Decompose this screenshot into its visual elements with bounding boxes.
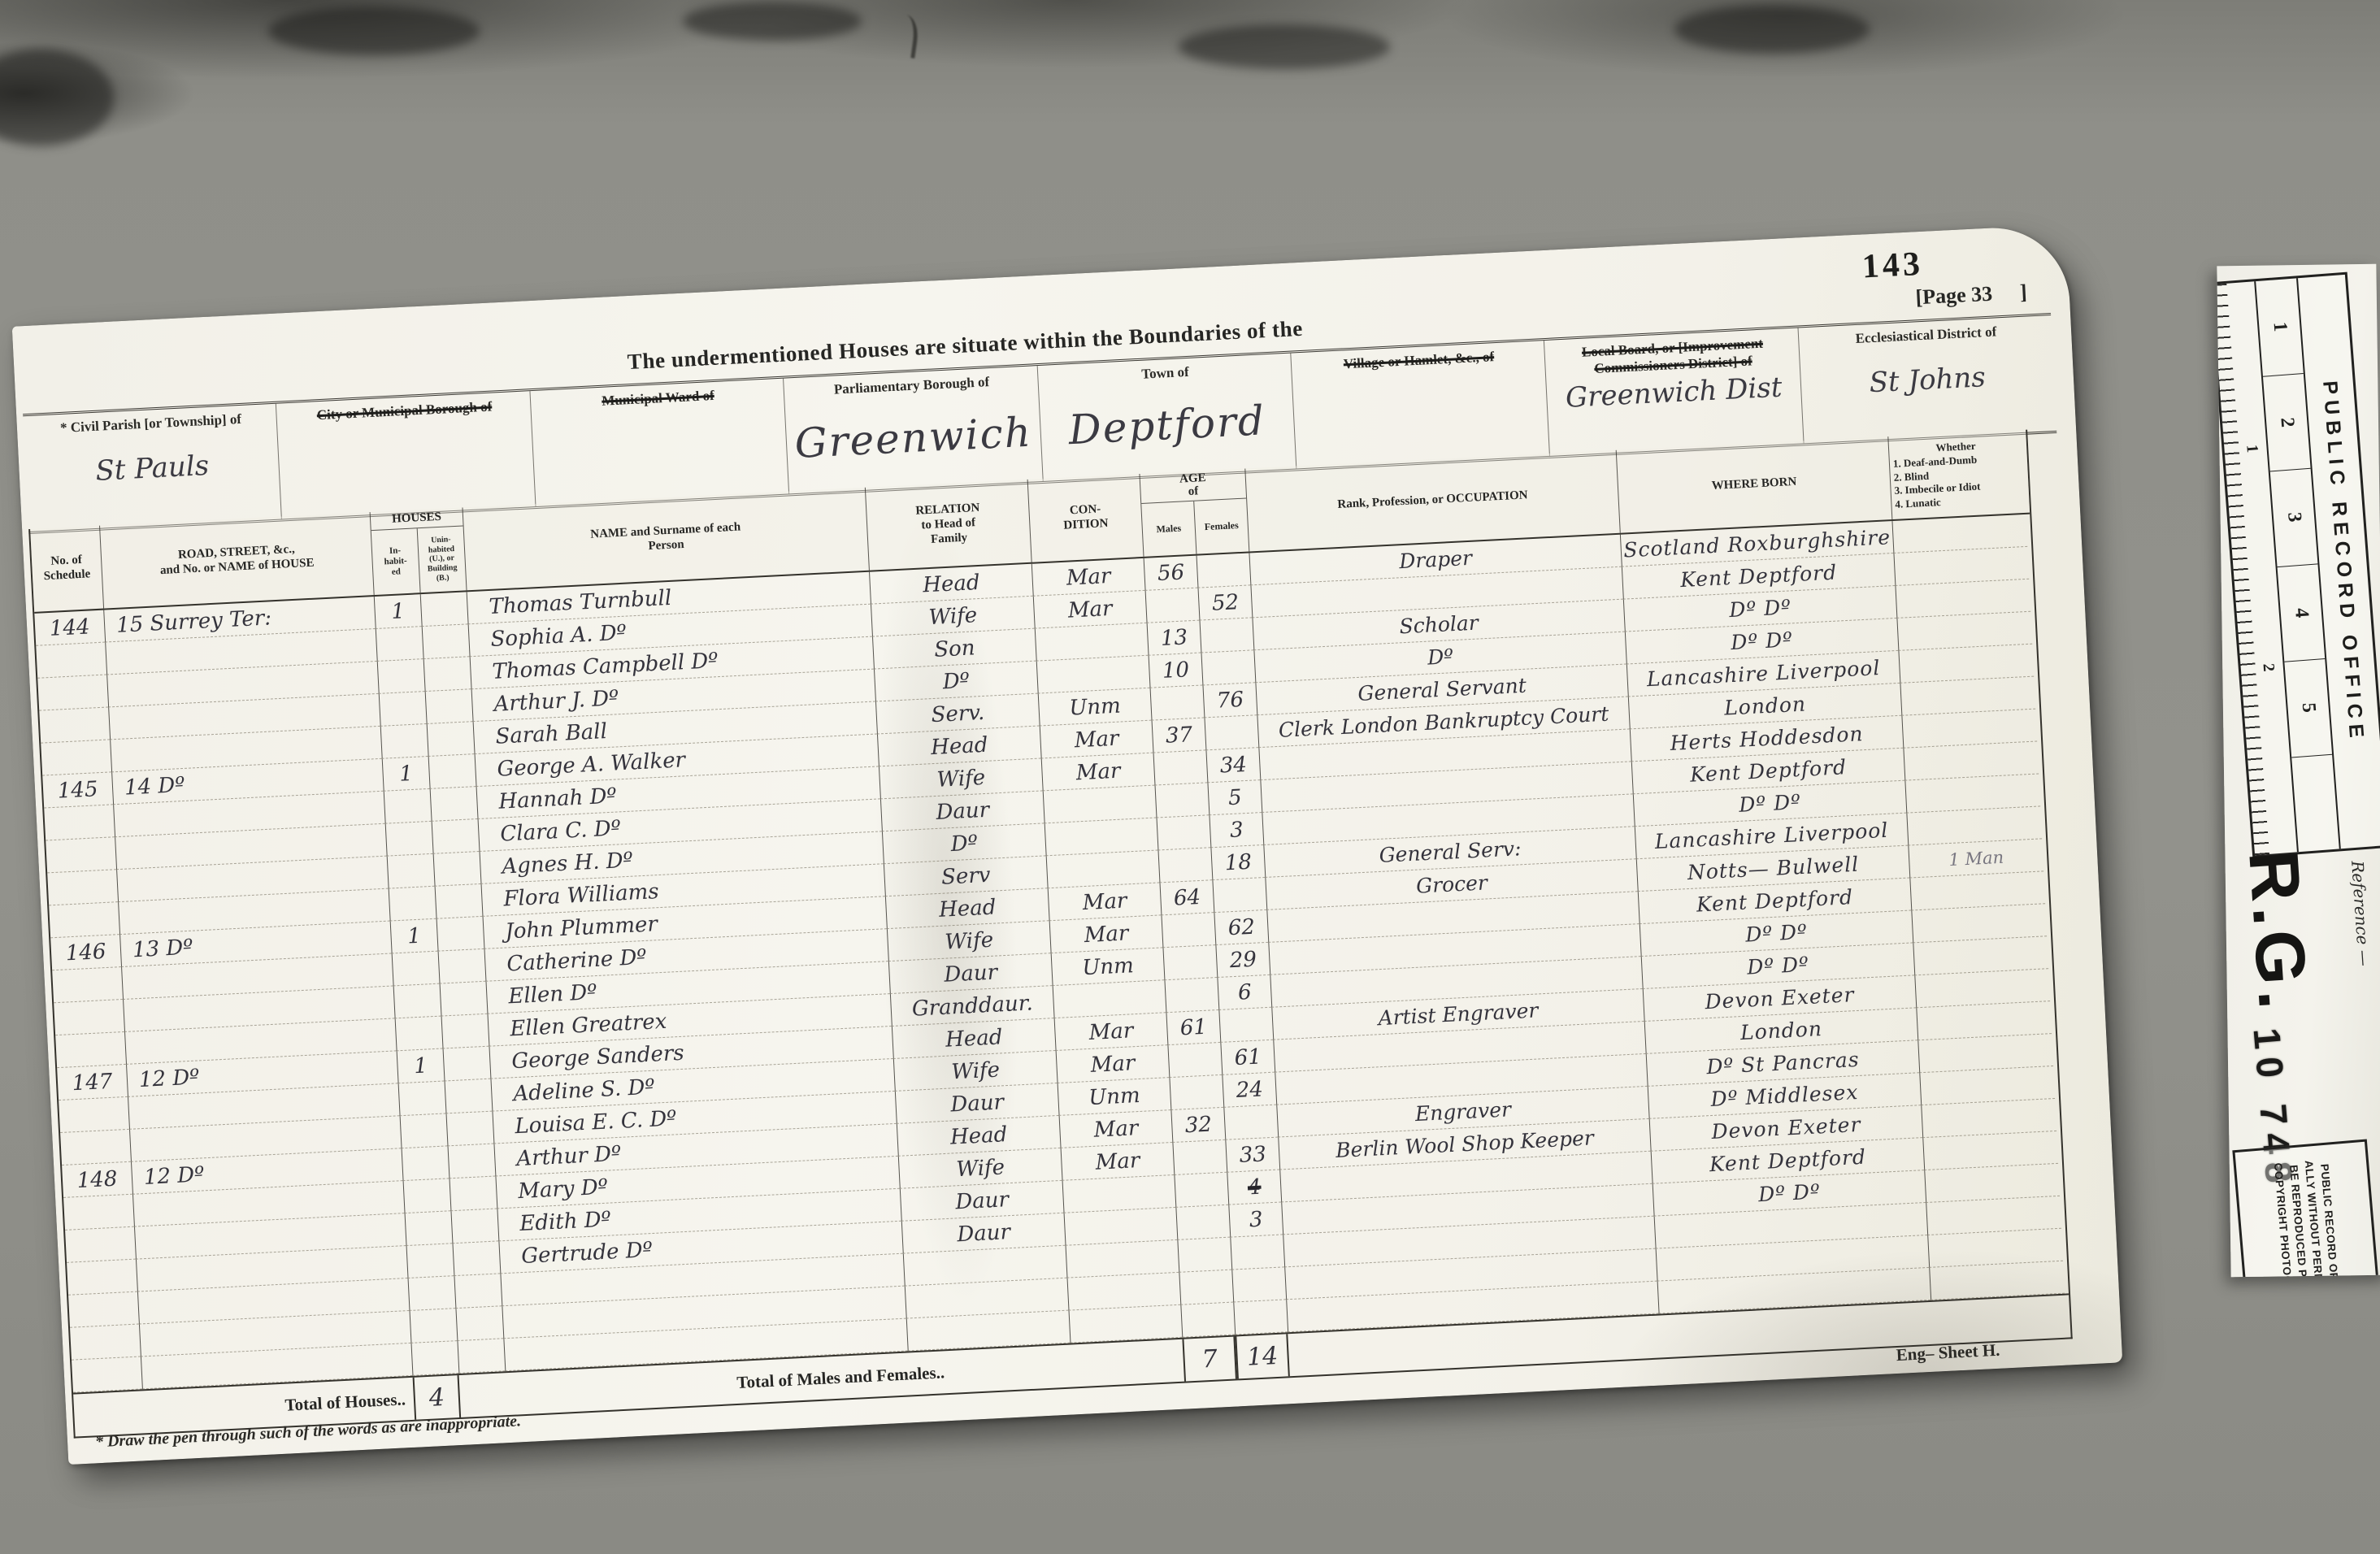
cell-uninhabited — [450, 1209, 498, 1244]
age-female-value: 3 — [1249, 1207, 1263, 1232]
condition-value: Mar — [1082, 888, 1127, 915]
cell-age-male — [1172, 1140, 1227, 1175]
header-field: Ecclesiastical District of St Johns — [1797, 315, 2056, 443]
cell-uninhabited — [457, 1339, 505, 1374]
cell-age-female: 52 — [1198, 585, 1253, 620]
condition-value: Mar — [1095, 1148, 1140, 1175]
column-header-males: Males — [1141, 501, 1196, 557]
column-header-houses: HOUSES In- habit- ed Unin- habited (U.),… — [370, 508, 467, 596]
age-subheaders: Males Females — [1141, 498, 1249, 557]
relation-value: Head — [923, 570, 981, 597]
reference-series: R.G. — [2232, 848, 2323, 1016]
cell-condition: Mar — [1031, 558, 1145, 597]
relation-value: Serv. — [931, 700, 985, 727]
column-header-condition: CON- DITION — [1027, 474, 1144, 562]
header-field: Municipal Ward of — [529, 379, 788, 506]
cell-inhabited — [410, 1309, 458, 1343]
field-handwritten-value: Greenwich Dist — [1565, 371, 1783, 415]
road-value: 14 Dº — [124, 772, 185, 800]
cell-condition: Mar — [1056, 1045, 1170, 1083]
cell-age-female: 6 — [1217, 975, 1271, 1010]
inhabited-value: 1 — [391, 599, 406, 624]
totals-spacer — [459, 1373, 508, 1417]
cell-condition — [1066, 1240, 1179, 1278]
relation-value: Wife — [956, 1155, 1005, 1182]
cell-schedule — [67, 1260, 137, 1296]
born-value: Dº Dº — [1747, 953, 1810, 979]
cell-inhabited — [389, 887, 436, 922]
born-value: Notts— Bulwell — [1687, 853, 1860, 884]
totals-spacer — [1930, 1296, 2066, 1344]
cell-age-male — [1180, 1303, 1235, 1338]
photo-blotch — [1674, 5, 1870, 54]
cell-inhabited — [400, 1113, 448, 1148]
cell-schedule — [37, 675, 108, 711]
field-value — [1293, 383, 1546, 395]
relation-value: Daur — [955, 1187, 1010, 1214]
person-name: Sophia A. Dº — [490, 620, 628, 651]
houses-subheaders: In- habit- ed Unin- habited (U.), or Bui… — [371, 526, 467, 595]
cell-schedule: 146 — [50, 935, 121, 970]
field-handwritten-value: St Johns — [1869, 361, 1987, 399]
cell-infirmity — [1929, 1261, 2065, 1300]
cell-age-female — [1223, 1105, 1278, 1140]
cell-schedule: 148 — [62, 1162, 132, 1198]
cell-schedule — [65, 1227, 136, 1263]
cell-inhabited: 1 — [390, 919, 438, 954]
born-value: Devon Exeter — [1711, 1113, 1861, 1144]
photo-blotch — [1179, 24, 1390, 69]
reference-strip: 1 2 1 2 3 4 5 PUBLIC RECORD OFFICE Refer… — [2217, 264, 2380, 1278]
cell-age-female: 5 — [1207, 780, 1262, 815]
photo-blotch — [268, 7, 480, 55]
relation-value: Wife — [936, 765, 986, 792]
cell-uninhabited — [455, 1306, 503, 1341]
cell-inhabited: 1 — [382, 757, 430, 792]
cell-age-male: 10 — [1149, 653, 1203, 688]
cell-age-male — [1158, 848, 1213, 883]
age-male-value: 13 — [1160, 625, 1188, 651]
relation-value: Granddaur. — [911, 991, 1033, 1021]
condition-value: Mar — [1088, 1018, 1134, 1045]
cell-uninhabited — [427, 722, 475, 757]
occupation-value: Dº — [1427, 645, 1453, 670]
cell-condition: Unm — [1058, 1078, 1171, 1116]
column-header-uninhabited: Unin- habited (U.), or Building (B.) — [417, 526, 467, 593]
cell-age-male — [1175, 1205, 1230, 1240]
schedule-number: 146 — [65, 939, 106, 965]
relation-value: Dº — [942, 668, 971, 694]
occupation-value: General Serv: — [1379, 836, 1522, 867]
column-header-females: Females — [1193, 498, 1249, 554]
copyright-stamp: COPYRIGHT PHOTOGRAPH—NOT TO BE REPRODUCE… — [2232, 1139, 2380, 1278]
cell-inhabited — [384, 789, 432, 824]
cell-condition: Unm — [1051, 948, 1165, 986]
census-table: No. of Schedule ROAD, STREET, &c., and N… — [28, 430, 2073, 1439]
cell-age-female — [1200, 618, 1254, 653]
cell-condition — [1067, 1273, 1181, 1311]
infirmity-line: 1. Deaf-and-Dumb — [1893, 453, 1978, 471]
cell-age-female — [1231, 1267, 1286, 1302]
occupation-value: Artist Engraver — [1378, 998, 1539, 1030]
person-name: Catherine Dº — [506, 944, 647, 976]
born-value: Kent Deptford — [1709, 1145, 1866, 1177]
person-name: Mary Dº — [518, 1174, 609, 1203]
road-value: 15 Surrey Ter: — [115, 606, 271, 637]
cell-age-male: 13 — [1147, 621, 1201, 656]
cell-inhabited — [379, 692, 427, 727]
cell-condition — [1036, 656, 1150, 694]
cell-uninhabited — [438, 949, 486, 984]
age-female-value: 61 — [1234, 1044, 1262, 1070]
ruler-inch-number: 4 — [2278, 564, 2326, 662]
relation-value: Wife — [945, 927, 994, 954]
cell-schedule — [41, 740, 111, 775]
relation-value: Daur — [936, 797, 990, 824]
person-name: Arthur J. Dº — [493, 686, 619, 717]
cell-schedule — [63, 1195, 134, 1231]
field-label: Municipal Ward of — [538, 384, 777, 413]
header-field: Parliamentary Borough of Greenwich — [783, 366, 1042, 493]
born-value: Dº Dº — [1739, 790, 1802, 817]
cell-uninhabited — [428, 754, 476, 789]
cell-age-male — [1179, 1270, 1233, 1305]
cell-age-female: 61 — [1220, 1040, 1275, 1075]
field-value — [532, 421, 785, 433]
born-value: Dº St Pancras — [1706, 1048, 1860, 1079]
person-name: Flora Williams — [503, 879, 659, 911]
photo-background: 143 The undermentioned Houses are situat… — [0, 0, 2380, 1554]
age-male-value: 56 — [1157, 560, 1185, 586]
occupation-value: Engraver — [1414, 1097, 1511, 1126]
relation-value: Head — [945, 1025, 1003, 1052]
cell-age-female — [1197, 553, 1251, 588]
person-name: Clara C. Dº — [500, 816, 622, 846]
born-value: Kent Deptford — [1680, 561, 1838, 593]
born-value: Kent Deptford — [1689, 755, 1847, 787]
condition-value: Mar — [1066, 563, 1111, 590]
ruler-inch-number: 3 — [2270, 469, 2318, 567]
cell-age-male: 37 — [1152, 718, 1206, 753]
cell-inhabited — [402, 1146, 450, 1181]
cell-age-male — [1161, 913, 1215, 948]
born-value: Dº Dº — [1729, 595, 1792, 622]
ruler-inch-number: 5 — [2284, 659, 2332, 757]
age-female-value: 4 — [1247, 1174, 1262, 1200]
person-name: Adeline S. Dº — [513, 1074, 656, 1106]
cell-age-female: 4 — [1227, 1170, 1281, 1205]
age-female-value: 24 — [1236, 1077, 1264, 1103]
cell-condition — [1043, 786, 1157, 824]
age-female-value: 76 — [1216, 688, 1244, 714]
cell-uninhabited — [435, 884, 483, 919]
cell-inhabited — [393, 984, 441, 1019]
cell-condition: Mar — [1041, 753, 1155, 792]
field-handwritten-value: St Pauls — [95, 449, 210, 488]
relation-value: Head — [938, 895, 997, 922]
occupation-value: Draper — [1399, 546, 1473, 573]
cell-condition — [1062, 1175, 1176, 1213]
field-value: St Johns — [1800, 358, 2055, 402]
ruler-inch-number: 1 — [2256, 278, 2304, 376]
cell-uninhabited — [423, 657, 471, 692]
cell-uninhabited — [425, 689, 473, 724]
reference-area: Reference — R.G. — [2225, 853, 2380, 1009]
cell-schedule — [68, 1292, 139, 1328]
cell-inhabited — [376, 627, 423, 662]
cell-inhabited — [387, 854, 435, 889]
cell-age-male — [1157, 815, 1211, 850]
cell-uninhabited — [422, 624, 470, 659]
column-header-inhabited: In- habit- ed — [371, 528, 420, 595]
cell-age-male — [1150, 685, 1205, 720]
field-handwritten-value: Deptford — [1067, 397, 1266, 454]
born-value: Dº Middlesex — [1710, 1080, 1859, 1111]
age-female-value: 29 — [1229, 947, 1257, 973]
column-header-occupation: Rank, Profession, or OCCUPATION — [1244, 450, 1620, 552]
relation-value: Son — [934, 636, 976, 662]
relation-value: Serv — [940, 862, 991, 889]
age-female-value: 5 — [1227, 785, 1242, 810]
born-value: London — [1739, 1017, 1822, 1044]
column-header-schedule: No. of Schedule — [30, 526, 103, 612]
relation-value: Head — [949, 1122, 1008, 1149]
person-name: George A. Walker — [497, 748, 686, 781]
cell-schedule: 147 — [57, 1065, 128, 1100]
inhabited-value: 1 — [407, 923, 422, 948]
cell-inhabited — [408, 1276, 456, 1311]
cell-age-male: 64 — [1159, 880, 1214, 915]
cell-age-male — [1145, 588, 1200, 623]
document-sheet: 143 The undermentioned Houses are situat… — [12, 224, 2123, 1465]
cell-schedule — [46, 837, 116, 873]
cell-age-male — [1155, 783, 1210, 818]
cell-inhabited — [403, 1179, 451, 1213]
header-field: * Civil Parish [or Township] of St Pauls — [23, 404, 281, 532]
ruler: 1 2 1 2 3 4 5 PUBLIC RECORD OFFICE — [2217, 272, 2380, 858]
cell-uninhabited — [436, 917, 484, 952]
field-label: City or Municipal Borough of — [284, 397, 523, 426]
age-female-value: 3 — [1229, 818, 1244, 843]
cell-schedule — [55, 1032, 126, 1068]
relation-value: Daur — [957, 1220, 1011, 1247]
condition-value: Unm — [1082, 953, 1135, 980]
age-male-value: 32 — [1184, 1112, 1213, 1138]
condition-value: Unm — [1088, 1083, 1141, 1109]
cell-age-female — [1233, 1300, 1288, 1335]
cell-age-female: 18 — [1210, 845, 1265, 880]
cell-uninhabited — [441, 1014, 489, 1049]
cell-schedule — [47, 870, 118, 905]
page-bracket: ] — [2019, 280, 2027, 303]
age-female-value: 34 — [1219, 752, 1248, 778]
person-name: Edith Dº — [519, 1207, 612, 1236]
field-value: St Pauls — [25, 446, 280, 491]
condition-value: Mar — [1090, 1051, 1136, 1078]
cell-age-female: 33 — [1225, 1138, 1279, 1173]
cell-inhabited: 1 — [397, 1049, 445, 1084]
cell-schedule — [49, 902, 119, 938]
born-value: Kent Deptford — [1696, 885, 1853, 917]
cell-uninhabited — [432, 819, 480, 854]
age-female-value: 62 — [1227, 914, 1256, 940]
infirmity-note: 1 Man — [1948, 847, 2004, 869]
condition-value: Mar — [1084, 921, 1129, 948]
cell-schedule — [72, 1356, 142, 1392]
age-female-value: 6 — [1237, 979, 1252, 1005]
occupation-value: Grocer — [1415, 870, 1487, 897]
cell-uninhabited — [430, 787, 478, 822]
condition-value: Unm — [1069, 693, 1122, 720]
ruler-inch-number: 2 — [2263, 374, 2311, 472]
road-value: 12 Dº — [138, 1065, 200, 1092]
cell-condition: Mar — [1059, 1110, 1173, 1148]
age-female-value: 33 — [1239, 1142, 1267, 1168]
column-header-road: ROAD, STREET, &c., and No. or NAME of HO… — [99, 512, 374, 608]
cell-age-female: 62 — [1214, 910, 1268, 945]
cell-uninhabited — [450, 1176, 497, 1211]
cell-schedule — [44, 805, 115, 840]
cell-condition — [1045, 818, 1158, 857]
cell-inhabited — [385, 822, 433, 857]
field-label: Parliamentary Borough of — [792, 371, 1031, 401]
cell-age-female: 24 — [1222, 1073, 1276, 1108]
age-male-value: 61 — [1179, 1014, 1208, 1040]
cell-inhabited — [405, 1211, 453, 1246]
cell-schedule: 145 — [42, 772, 113, 808]
photo-scratch — [890, 13, 921, 59]
field-value: Deptford — [1040, 396, 1295, 455]
cell-inhabited — [411, 1341, 459, 1376]
cell-uninhabited — [433, 852, 481, 887]
cell-inhabited — [406, 1244, 454, 1278]
inhabited-value: 1 — [399, 761, 414, 786]
cell-age-female: 76 — [1202, 683, 1257, 718]
ruler-cm-number: 1 — [2242, 444, 2261, 454]
cell-schedule — [52, 967, 123, 1003]
table-body: 144 15 Surrey Ter: 1 Thomas Turnbull Hea… — [34, 514, 2069, 1393]
cell-uninhabited — [445, 1079, 493, 1114]
occupation-value: Scholar — [1399, 611, 1479, 639]
condition-value: Mar — [1093, 1116, 1139, 1143]
cell-condition: Mar — [1061, 1143, 1175, 1181]
relation-value: Dº — [950, 831, 979, 857]
cell-age-male: 61 — [1166, 1010, 1220, 1045]
cell-age-male — [1174, 1173, 1228, 1208]
cell-condition: Mar — [1033, 591, 1147, 629]
born-value: Dº Dº — [1731, 627, 1794, 654]
born-value: Herts Hoddesdon — [1670, 722, 1864, 755]
cell-age-female — [1204, 715, 1258, 750]
field-handwritten-value: Greenwich — [793, 409, 1033, 467]
header-field: City or Municipal Borough of — [276, 391, 535, 519]
cell-age-female — [1218, 1008, 1273, 1043]
occupation-value: General Servant — [1357, 674, 1527, 705]
cell-age-female: 3 — [1209, 813, 1263, 848]
person-name: Arthur Dº — [516, 1141, 622, 1170]
page-label: [Page 33] — [1915, 280, 2028, 310]
cell-uninhabited — [452, 1241, 500, 1276]
cell-uninhabited — [440, 982, 488, 1017]
ruler-inch-number — [2291, 754, 2339, 852]
condition-value: Mar — [1075, 758, 1121, 785]
relation-value: Daur — [950, 1090, 1005, 1117]
cell-age-male: 32 — [1170, 1108, 1225, 1143]
person-name: Louisa E. C. Dº — [515, 1106, 677, 1139]
cell-schedule — [36, 643, 106, 679]
cell-inhabited — [377, 659, 425, 694]
cell-uninhabited — [446, 1112, 494, 1147]
person-name: Hannah Dº — [498, 784, 618, 814]
cell-age-male — [1153, 750, 1208, 785]
total-females-value: 14 — [1235, 1334, 1290, 1378]
reference-label: Reference — — [2347, 860, 2374, 966]
field-label: Town of — [1045, 358, 1284, 388]
cell-age-female: 34 — [1205, 748, 1260, 783]
header-field: Local Board, or [Improvement Commissione… — [1544, 328, 1803, 456]
cell-condition — [1064, 1208, 1178, 1246]
cell-age-male — [1167, 1043, 1222, 1078]
sheet-code: Eng– Sheet H. — [1896, 1340, 2000, 1365]
cell-uninhabited — [443, 1047, 491, 1082]
field-value — [279, 433, 532, 445]
cell-age-male — [1164, 978, 1218, 1013]
cell-schedule: 144 — [34, 610, 105, 646]
field-label: Village or Hamlet, &c., of — [1299, 345, 1538, 375]
road-value: 13 Dº — [132, 935, 193, 962]
column-header-infirmity: Whether 1. Deaf-and-Dumb 2. Blind 3. Imb… — [1887, 430, 2026, 519]
age-female-value: 18 — [1224, 849, 1253, 875]
cell-inhabited: 1 — [374, 594, 422, 629]
folio-number: 143 — [1861, 245, 1924, 287]
person-name: Sarah Ball — [495, 718, 608, 749]
schedule-number: 147 — [72, 1069, 113, 1095]
cell-schedule — [39, 707, 110, 743]
age-male-value: 64 — [1173, 884, 1201, 910]
field-label: Ecclesiastical District of — [1806, 320, 2045, 349]
cell-age-male — [1169, 1075, 1223, 1110]
field-value: Greenwich — [786, 408, 1041, 467]
cell-inhabited — [395, 1017, 443, 1052]
cell-schedule — [59, 1097, 129, 1133]
person-name: Ellen Dº — [508, 980, 597, 1009]
cell-condition: Mar — [1049, 915, 1163, 953]
totals-spacer — [73, 1391, 144, 1436]
cell-schedule — [70, 1325, 141, 1361]
cell-uninhabited — [448, 1144, 496, 1179]
schedule-number: 148 — [76, 1166, 118, 1192]
person-name: John Plummer — [505, 912, 658, 944]
cell-age-male — [1177, 1238, 1231, 1273]
cell-condition — [1035, 623, 1149, 662]
total-males-value: 7 — [1182, 1336, 1237, 1381]
age-male-value: 10 — [1162, 658, 1190, 684]
schedule-number: 144 — [49, 614, 90, 640]
inhabited-value: 1 — [414, 1053, 428, 1079]
cell-age-female — [1212, 878, 1266, 913]
cell-schedule — [54, 1000, 124, 1035]
condition-value: Mar — [1074, 726, 1119, 753]
cell-age-female — [1230, 1235, 1284, 1270]
relation-value: Daur — [944, 960, 998, 987]
age-female-value: 52 — [1211, 590, 1240, 616]
condition-value: Mar — [1067, 596, 1113, 623]
relation-value: Wife — [951, 1057, 1001, 1084]
cell-schedule — [60, 1130, 131, 1165]
born-value: London — [1723, 692, 1806, 720]
cell-condition: Mar — [1048, 883, 1162, 921]
cell-condition: Unm — [1038, 688, 1152, 727]
